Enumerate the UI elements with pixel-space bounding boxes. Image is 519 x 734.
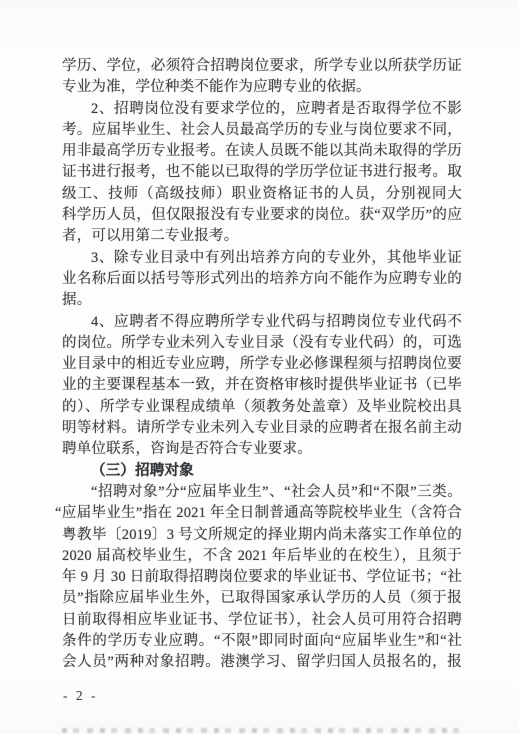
text-line: 专业为准，学位种类不能作为应聘专业的依据。 — [62, 77, 462, 98]
text-line: 级工、技师（高级技师）职业资格证书的人员，分别视同大专、本 — [62, 184, 462, 205]
text-line: 科学历人员，但仅限报没有专业要求的岗位。获“双学历”的应聘 — [62, 205, 462, 226]
text-line: 学历、学位，必须符合招聘岗位要求，所学专业以所获学历证上的 — [62, 56, 462, 77]
section-heading-recruitment-target: （三）招聘对象 — [62, 461, 462, 482]
text-line: 据。 — [62, 290, 462, 311]
text-line: 聘单位联系，咨询是否符合专业要求。 — [62, 439, 462, 460]
text-line: 考。应届毕业生、社会人员最高学历的专业与岗位要求不同，可以 — [62, 120, 462, 141]
page-text: 学历、学位，必须符合招聘岗位要求，所学专业以所获学历证上的专业为准，学位种类不能… — [62, 56, 462, 674]
text-line: 者，可以用第二专业报考。 — [62, 226, 462, 247]
text-line: 用非最高学历专业报考。在读人员既不能以其尚未取得的学历学位 — [62, 141, 462, 162]
scanned-document-page: 学历、学位，必须符合招聘岗位要求，所学专业以所获学历证上的专业为准，学位种类不能… — [0, 0, 519, 734]
page-number: - 2 - — [63, 688, 98, 704]
text-line: “应届毕业生”指在 2021 年全日制普通高等院校毕业生（含符合 — [55, 503, 462, 524]
text-line: 业名称后面以括号等形式列出的培养方向不能作为应聘专业的依 — [62, 269, 462, 290]
text-line: “招聘对象”分“应届毕业生”、“社会人员”和“不限”三类。 — [62, 482, 462, 503]
text-line: 的岗位。所学专业未列入专业目录（没有专业代码）的，可选择专 — [62, 333, 462, 354]
text-line: 日前取得相应毕业证书、学位证书），社会人员可用符合招聘岗位 — [62, 610, 462, 631]
text-line: 业的主要课程基本一致，并在资格审核时提供毕业证书（已毕业 — [62, 375, 462, 396]
text-line: 会人员”两种对象招聘。港澳学习、留学归国人员报名的，报名时 — [62, 652, 462, 673]
text-line: 业目录中的相近专业应聘，所学专业必修课程须与招聘岗位要求专 — [62, 354, 462, 375]
text-line: 条件的学历专业应聘。“不限”即同时面向“应届毕业生”和“社 — [62, 631, 462, 652]
text-line: 2020 届高校毕业生，不含 2021 年后毕业的在校生），且须于 2021 — [62, 546, 462, 567]
text-line: 3、除专业目录中有列出培养方向的专业外，其他毕业证上专 — [62, 248, 462, 269]
text-line: 2、招聘岗位没有要求学位的，应聘者是否取得学位不影响报 — [62, 99, 462, 120]
text-line: 明等材料。请所学专业未列入专业目录的应聘者在报名前主动与招 — [62, 418, 462, 439]
text-line: 年 9 月 30 日前取得招聘岗位要求的毕业证书、学位证书；“社会人 — [62, 567, 462, 588]
text-line: 员”指除应届毕业生外，已取得国家承认学历的人员（须于报名首 — [62, 588, 462, 609]
text-line: 证书进行报考，也不能以已取得的学历学位证书进行报考。取得高 — [62, 162, 462, 183]
text-line: 4、应聘者不得应聘所学专业代码与招聘岗位专业代码不一致 — [62, 312, 462, 333]
text-line: 的）、所学专业课程成绩单（须教务处盖章）及毕业院校出具的证 — [62, 397, 462, 418]
next-page-ghost-text — [62, 728, 461, 733]
text-line: 粤教毕〔2019〕3 号文所规定的择业期内尚未落实工作单位的 2019、 — [62, 525, 462, 546]
